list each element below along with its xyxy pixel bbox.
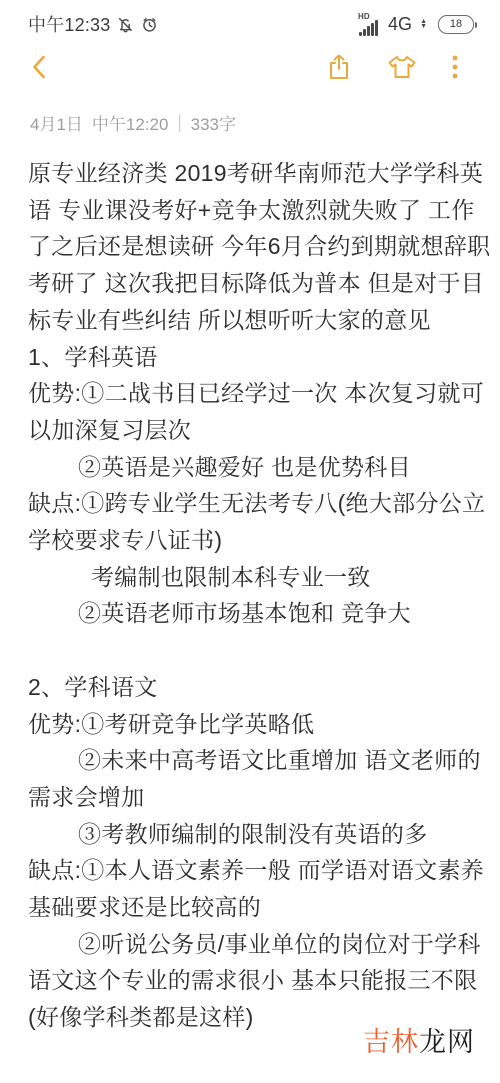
note-line: 以加深复习层次 (28, 412, 474, 449)
note-line (28, 632, 474, 669)
note-line: 考编制也限制本科专业一致 (28, 559, 474, 596)
note-line: 2、学科语文 (28, 669, 474, 706)
battery-icon: 18 (438, 15, 474, 34)
hd-label: HD (358, 12, 370, 21)
note-line: 需求会增加 (28, 779, 474, 816)
note-line: ③考教师编制的限制没有英语的多 (28, 816, 474, 853)
alarm-clock-icon (141, 16, 158, 33)
network-type-label: 4G (388, 14, 412, 35)
status-bar: 中午12:33 HD (0, 0, 500, 38)
data-arrows-icon: ▲▼ (420, 19, 427, 29)
note-line: ②英语是兴趣爱好 也是优势科目 (28, 449, 474, 486)
nav-bar (0, 38, 500, 96)
note-line: 缺点:①本人语文素养一般 而学语对语文素养 (28, 852, 474, 889)
notes-app-screen: 中午12:33 HD (0, 0, 500, 1083)
note-line: 学校要求专八证书) (28, 522, 474, 559)
signal-strength-icon: HD (359, 12, 378, 36)
mute-bell-icon (117, 16, 134, 33)
note-line: 标专业有些纠结 所以想听听大家的意见 (28, 302, 474, 339)
note-line: 语文这个专业的需求很小 基本只能报三不限 (28, 962, 474, 999)
status-time: 中午12:33 (28, 11, 110, 37)
chevron-left-icon (30, 54, 48, 80)
note-line: 了之后还是想读研 今年6月合约到期就想辞职 (28, 228, 474, 265)
t-shirt-icon (386, 54, 418, 80)
back-button[interactable] (28, 52, 50, 82)
share-button[interactable] (324, 51, 354, 83)
meta-separator: | (177, 112, 181, 134)
note-body[interactable]: 原专业经济类 2019考研华南师范大学学科英语 专业课没考好+竞争太激烈就失败了… (0, 135, 500, 1036)
note-line: 1、学科英语 (28, 339, 474, 376)
note-meta: 4月1日 中午12:20 | 333字 (0, 96, 500, 135)
watermark-highlight: 吉林 (363, 1027, 419, 1057)
note-date: 4月1日 (30, 110, 83, 135)
nav-actions (324, 51, 460, 83)
share-icon (326, 53, 352, 81)
watermark-rest: 龙网 (419, 1027, 475, 1057)
note-line: 基础要求还是比较高的 (28, 889, 474, 926)
note-line: ②未来中高考语文比重增加 语文老师的 (28, 742, 474, 779)
more-menu-button[interactable] (450, 52, 460, 82)
note-line: ②英语老师市场基本饱和 竞争大 (28, 595, 474, 632)
note-line: ②听说公务员/事业单位的岗位对于学科 (28, 926, 474, 963)
note-word-count: 333字 (191, 110, 236, 135)
note-time: 中午12:20 (92, 110, 169, 135)
note-line: 考研了 这次我把目标降低为普本 但是对于目 (28, 265, 474, 302)
note-line: 语 专业课没考好+竞争太激烈就失败了 工作 (28, 192, 474, 229)
note-line: 原专业经济类 2019考研华南师范大学学科英 (28, 155, 474, 192)
note-line: 优势:①二战书目已经学过一次 本次复习就可 (28, 375, 474, 412)
status-bar-right: HD 4G ▲▼ 18 (359, 12, 474, 36)
status-bar-left: 中午12:33 (28, 11, 158, 37)
note-line: 优势:①考研竞争比学英略低 (28, 706, 474, 743)
battery-level: 18 (450, 18, 462, 30)
watermark: 吉林龙网 (363, 1020, 475, 1059)
vertical-ellipsis-icon (452, 54, 458, 80)
note-line: 缺点:①跨专业学生无法考专八(绝大部分公立 (28, 485, 474, 522)
theme-button[interactable] (384, 52, 420, 82)
